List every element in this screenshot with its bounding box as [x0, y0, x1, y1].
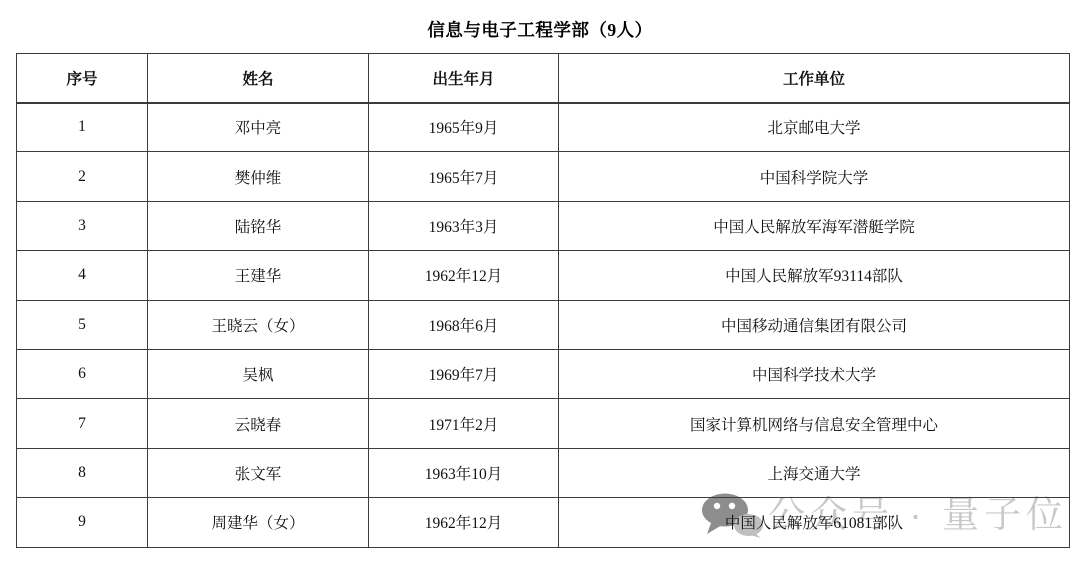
- workplace-cell: 中国人民解放军61081部队: [559, 498, 1070, 547]
- table-row: 1邓中亮1965年9月北京邮电大学: [17, 103, 1070, 152]
- table-row: 2樊仲维1965年7月中国科学院大学: [17, 152, 1070, 201]
- birth-date-cell: 1969年7月: [369, 349, 559, 398]
- table-row: 6吴枫1969年7月中国科学技术大学: [17, 349, 1070, 398]
- column-header-workplace: 工作单位: [559, 54, 1070, 103]
- column-header-birth-date: 出生年月: [369, 54, 559, 103]
- name-cell: 吴枫: [148, 349, 369, 398]
- index-cell: 3: [17, 201, 148, 250]
- index-cell: 5: [17, 300, 148, 349]
- birth-date-cell: 1968年6月: [369, 300, 559, 349]
- name-cell: 樊仲维: [148, 152, 369, 201]
- table-row: 7云晓春1971年2月国家计算机网络与信息安全管理中心: [17, 399, 1070, 448]
- roster-table: 序号姓名出生年月工作单位 1邓中亮1965年9月北京邮电大学2樊仲维1965年7…: [16, 53, 1070, 548]
- table-row: 8张文军1963年10月上海交通大学: [17, 448, 1070, 497]
- workplace-cell: 上海交通大学: [559, 448, 1070, 497]
- index-cell: 2: [17, 152, 148, 201]
- birth-date-cell: 1963年10月: [369, 448, 559, 497]
- workplace-cell: 中国科学院大学: [559, 152, 1070, 201]
- name-cell: 云晓春: [148, 399, 369, 448]
- name-cell: 陆铭华: [148, 201, 369, 250]
- birth-date-cell: 1965年9月: [369, 103, 559, 152]
- name-cell: 王建华: [148, 251, 369, 300]
- workplace-cell: 北京邮电大学: [559, 103, 1070, 152]
- name-cell: 王晓云（女）: [148, 300, 369, 349]
- table-row: 5王晓云（女）1968年6月中国移动通信集团有限公司: [17, 300, 1070, 349]
- birth-date-cell: 1965年7月: [369, 152, 559, 201]
- table-row: 3陆铭华1963年3月中国人民解放军海军潜艇学院: [17, 201, 1070, 250]
- table-row: 9周建华（女）1962年12月中国人民解放军61081部队: [17, 498, 1070, 547]
- table-header-row: 序号姓名出生年月工作单位: [17, 54, 1070, 103]
- index-cell: 6: [17, 349, 148, 398]
- workplace-cell: 中国人民解放军海军潜艇学院: [559, 201, 1070, 250]
- index-cell: 7: [17, 399, 148, 448]
- column-header-name: 姓名: [148, 54, 369, 103]
- column-header-index: 序号: [17, 54, 148, 103]
- name-cell: 张文军: [148, 448, 369, 497]
- workplace-cell: 中国移动通信集团有限公司: [559, 300, 1070, 349]
- page-title: 信息与电子工程学部（9人）: [0, 17, 1080, 42]
- index-cell: 1: [17, 103, 148, 152]
- table-row: 4王建华1962年12月中国人民解放军93114部队: [17, 251, 1070, 300]
- index-cell: 8: [17, 448, 148, 497]
- name-cell: 周建华（女）: [148, 498, 369, 547]
- birth-date-cell: 1962年12月: [369, 498, 559, 547]
- name-cell: 邓中亮: [148, 103, 369, 152]
- workplace-cell: 中国科学技术大学: [559, 349, 1070, 398]
- document-page: 信息与电子工程学部（9人） 序号姓名出生年月工作单位 1邓中亮1965年9月北京…: [0, 0, 1080, 563]
- birth-date-cell: 1962年12月: [369, 251, 559, 300]
- birth-date-cell: 1963年3月: [369, 201, 559, 250]
- workplace-cell: 中国人民解放军93114部队: [559, 251, 1070, 300]
- birth-date-cell: 1971年2月: [369, 399, 559, 448]
- workplace-cell: 国家计算机网络与信息安全管理中心: [559, 399, 1070, 448]
- index-cell: 9: [17, 498, 148, 547]
- index-cell: 4: [17, 251, 148, 300]
